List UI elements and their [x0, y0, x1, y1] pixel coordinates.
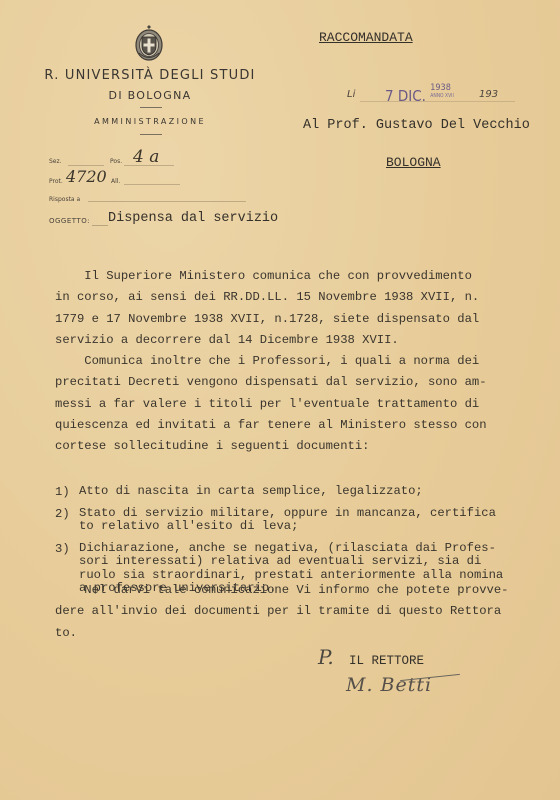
list-item-number: 2)	[55, 507, 70, 521]
closing-paragraph: Nel darVi tale comunicazione Vi informo …	[55, 580, 535, 644]
royal-crest-icon	[133, 23, 165, 63]
body-line: in corso, ai sensi dei RR.DD.LL. 15 Nove…	[55, 287, 535, 308]
list-item-number: 1)	[55, 485, 70, 499]
pos-value: 4 a	[133, 147, 159, 167]
body-line: cortese sollecitudine i seguenti documen…	[55, 436, 535, 457]
body-line: messi a far valere i titoli per l'eventu…	[55, 394, 535, 415]
sez-label: Sez.	[49, 158, 62, 165]
body-line: 1779 e 17 Novembre 1938 XVII, n.1728, si…	[55, 309, 535, 330]
prot-label: Prot.	[49, 178, 63, 185]
institution-city: DI BOLOGNA	[0, 89, 300, 102]
department-name: AMMINISTRAZIONE	[0, 117, 300, 126]
risposta-label: Risposta a	[49, 196, 80, 203]
letterhead-divider	[140, 134, 162, 135]
closing-line: dere all'invio dei documenti per il tram…	[55, 601, 535, 622]
date-stamp-year-block: 1938 ANNO XVII	[430, 84, 454, 100]
date-stamp-era: ANNO XVII	[430, 92, 454, 100]
sez-line	[68, 165, 104, 166]
closing-line: to.	[55, 623, 535, 644]
all-line	[124, 184, 180, 185]
pos-label: Pos.	[110, 158, 122, 165]
place-label: Li	[347, 89, 355, 100]
list-item-text: Atto di nascita in carta semplice, legal…	[79, 485, 535, 499]
addressee-city: BOLOGNA	[386, 155, 441, 170]
subject: Dispensa dal servizio	[108, 211, 278, 226]
prot-value: 4720	[66, 167, 107, 186]
all-label: All.	[111, 178, 120, 185]
list-item: 1) Atto di nascita in carta semplice, le…	[55, 485, 535, 499]
oggetto-line	[92, 225, 108, 226]
institution-name: R. UNIVERSITÀ DEGLI STUDI	[0, 68, 300, 83]
delivery-type: RACCOMANDATA	[319, 30, 413, 45]
oggetto-label: OGGETTO:	[49, 217, 90, 225]
year-prefix: 193	[479, 89, 498, 100]
signatory-title: IL RETTORE	[349, 654, 424, 668]
date-stamp-day-month: 7 DIC.	[385, 87, 426, 105]
closing-line: Nel darVi tale comunicazione Vi informo …	[55, 580, 535, 601]
per-initial: P.	[318, 645, 334, 669]
date-line	[360, 101, 515, 102]
addressee: Al Prof. Gustavo Del Vecchio	[303, 118, 530, 133]
risposta-line	[88, 201, 246, 202]
body-line: quiescenza ed invitati a far tenere al M…	[55, 415, 535, 436]
list-item: 2) Stato di servizio militare, oppure in…	[55, 507, 535, 534]
body-line: servizio a decorrere dal 14 Dicembre 193…	[55, 330, 535, 351]
list-item-text: Stato di servizio militare, oppure in ma…	[79, 507, 535, 534]
letterhead-divider	[140, 107, 162, 108]
body-line: Il Superiore Ministero comunica che con …	[55, 266, 535, 287]
body-line: precitati Decreti vengono dispensati dal…	[55, 372, 535, 393]
pos-line	[124, 165, 174, 166]
letter-body: Il Superiore Ministero comunica che con …	[55, 266, 535, 458]
list-item-number: 3)	[55, 542, 70, 556]
body-line: Comunica inoltre che i Professori, i qua…	[55, 351, 535, 372]
